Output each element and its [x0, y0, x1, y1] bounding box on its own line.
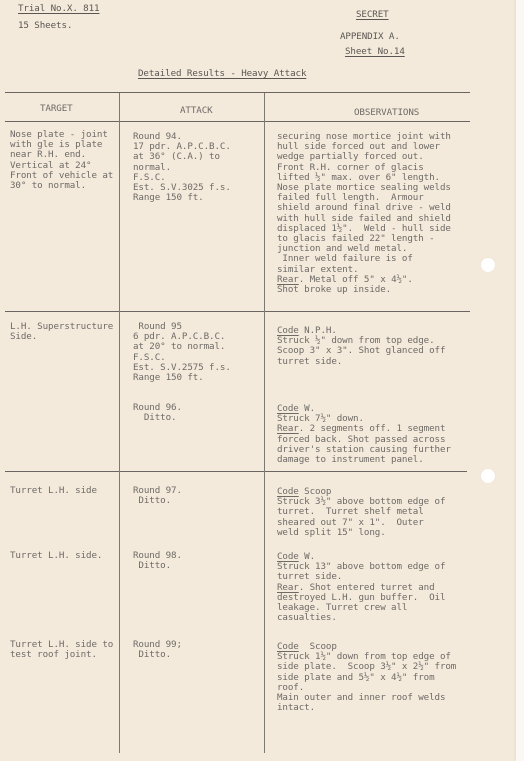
observations-cell: Code ScoopStruck 3½" above bottom edge o…: [277, 487, 445, 538]
table-top-rule: [5, 92, 470, 93]
column-divider: [119, 93, 120, 753]
column-header-observations: OBSERVATIONS: [354, 108, 419, 118]
attack-cell: Round 98. Ditto.: [133, 551, 182, 571]
attack-cell: Round 97. Ditto.: [133, 486, 182, 506]
row-divider: [5, 311, 470, 312]
attack-cell: Round 94.17 pdr. A.P.C.B.C.at 36° (C.A.)…: [133, 132, 231, 203]
attack-cell: Round 96. Ditto.: [133, 403, 182, 423]
observations-cell: securing nose mortice joint withhull sid…: [277, 132, 451, 295]
column-header-attack: ATTACK: [180, 106, 213, 116]
classification-label: SECRET: [356, 10, 389, 20]
target-cell: Turret L.H. side.: [10, 551, 102, 561]
target-cell: L.H. SuperstructureSide.: [10, 322, 113, 342]
attack-cell: Round 99; Ditto.: [133, 640, 182, 660]
header-bottom-rule: [5, 121, 470, 122]
page-title: Detailed Results - Heavy Attack: [138, 69, 306, 79]
column-divider: [264, 93, 265, 753]
column-header-target: TARGET: [40, 104, 73, 114]
punch-hole: [481, 469, 495, 483]
trial-number: Trial No.X. 811: [18, 4, 99, 14]
row-divider: [5, 471, 467, 472]
target-cell: Turret L.H. side totest roof joint.: [10, 640, 113, 660]
document-page: Trial No.X. 811 15 Sheets. SECRET APPEND…: [0, 0, 516, 761]
punch-hole: [481, 258, 495, 272]
observations-cell: Code W.Struck 13" above bottom edge oftu…: [277, 552, 445, 623]
sheet-number: Sheet No.14: [345, 47, 405, 57]
observations-cell: Code ScoopStruck 1½" down from top edge …: [277, 642, 456, 713]
page-edge: [516, 0, 524, 761]
appendix-label: APPENDIX A.: [340, 32, 400, 42]
sheet-count: 15 Sheets.: [18, 21, 72, 31]
target-cell: Nose plate - jointwith gle is platenear …: [10, 130, 113, 191]
observations-cell: Code N.P.H.Struck ½" down from top edge.…: [277, 326, 445, 367]
target-cell: Turret L.H. side: [10, 486, 97, 496]
observations-cell: Code W.Struck 7½" down.Rear. 2 segments …: [277, 404, 451, 465]
attack-cell: Round 956 pdr. A.P.C.B.C.at 20° to norma…: [133, 322, 231, 383]
